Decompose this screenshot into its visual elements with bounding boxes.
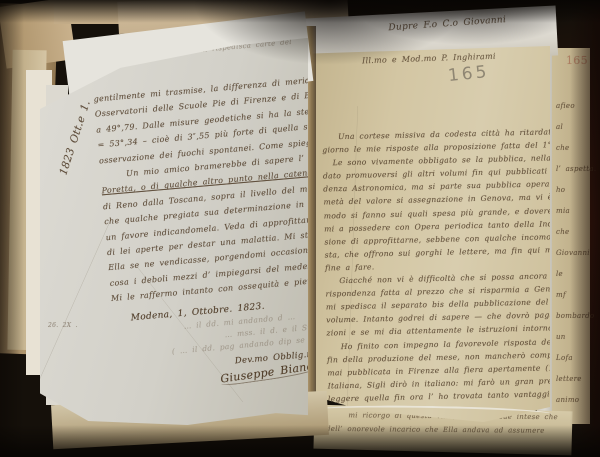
handwriting-fragment: bombardo <box>556 306 596 327</box>
back-sheet: 165 afieo al che l’ aspetta. ho mia che … <box>552 48 590 424</box>
handwriting-fragment: ho <box>556 180 596 201</box>
back-sheet-page-number: 165 <box>566 54 588 67</box>
margin-date-note: 1823 Ott.e 1. <box>57 87 96 176</box>
handwriting-fragment: un <box>556 327 596 348</box>
handwriting-fragment: Giovanni <box>556 243 596 264</box>
right-page-text: Una cortese missiva da codesta città ha … <box>322 126 548 406</box>
handwriting-fragment: al <box>556 117 596 138</box>
handwriting-fragment: che <box>556 222 596 243</box>
page-number-pencil: 165 <box>447 62 490 86</box>
handwriting-fragment: mia <box>556 201 596 222</box>
header-note: Dupre F.o C.o Giovanni <box>388 15 506 33</box>
crease-line <box>29 218 111 401</box>
right-page: Ill.mo e Mod.mo P. Inghirami 165 Una cor… <box>312 46 550 422</box>
handwriting-fragment: che <box>556 138 596 159</box>
manuscript-photo: 165 afieo al che l’ aspetta. ho mia che … <box>0 0 600 457</box>
back-sheet-fragments: afieo al che l’ aspetta. ho mia che Giov… <box>556 96 596 411</box>
left-page: mi rispedisca carte del 1823 Ott.e 1. 26… <box>40 30 308 425</box>
handwriting-fragment: animo <box>556 390 596 411</box>
handwriting-line: dell’ onorevole incarico che Ella andava… <box>326 425 545 435</box>
handwriting-fragment: mf <box>556 285 596 306</box>
handwriting-fragment: le <box>556 264 596 285</box>
handwriting-fragment: lettere <box>556 369 596 390</box>
handwriting-fragment: l’ aspetta. <box>556 159 596 180</box>
handwriting-fragment: Lofa <box>556 348 596 369</box>
handwriting-fragment: afieo <box>556 96 596 117</box>
